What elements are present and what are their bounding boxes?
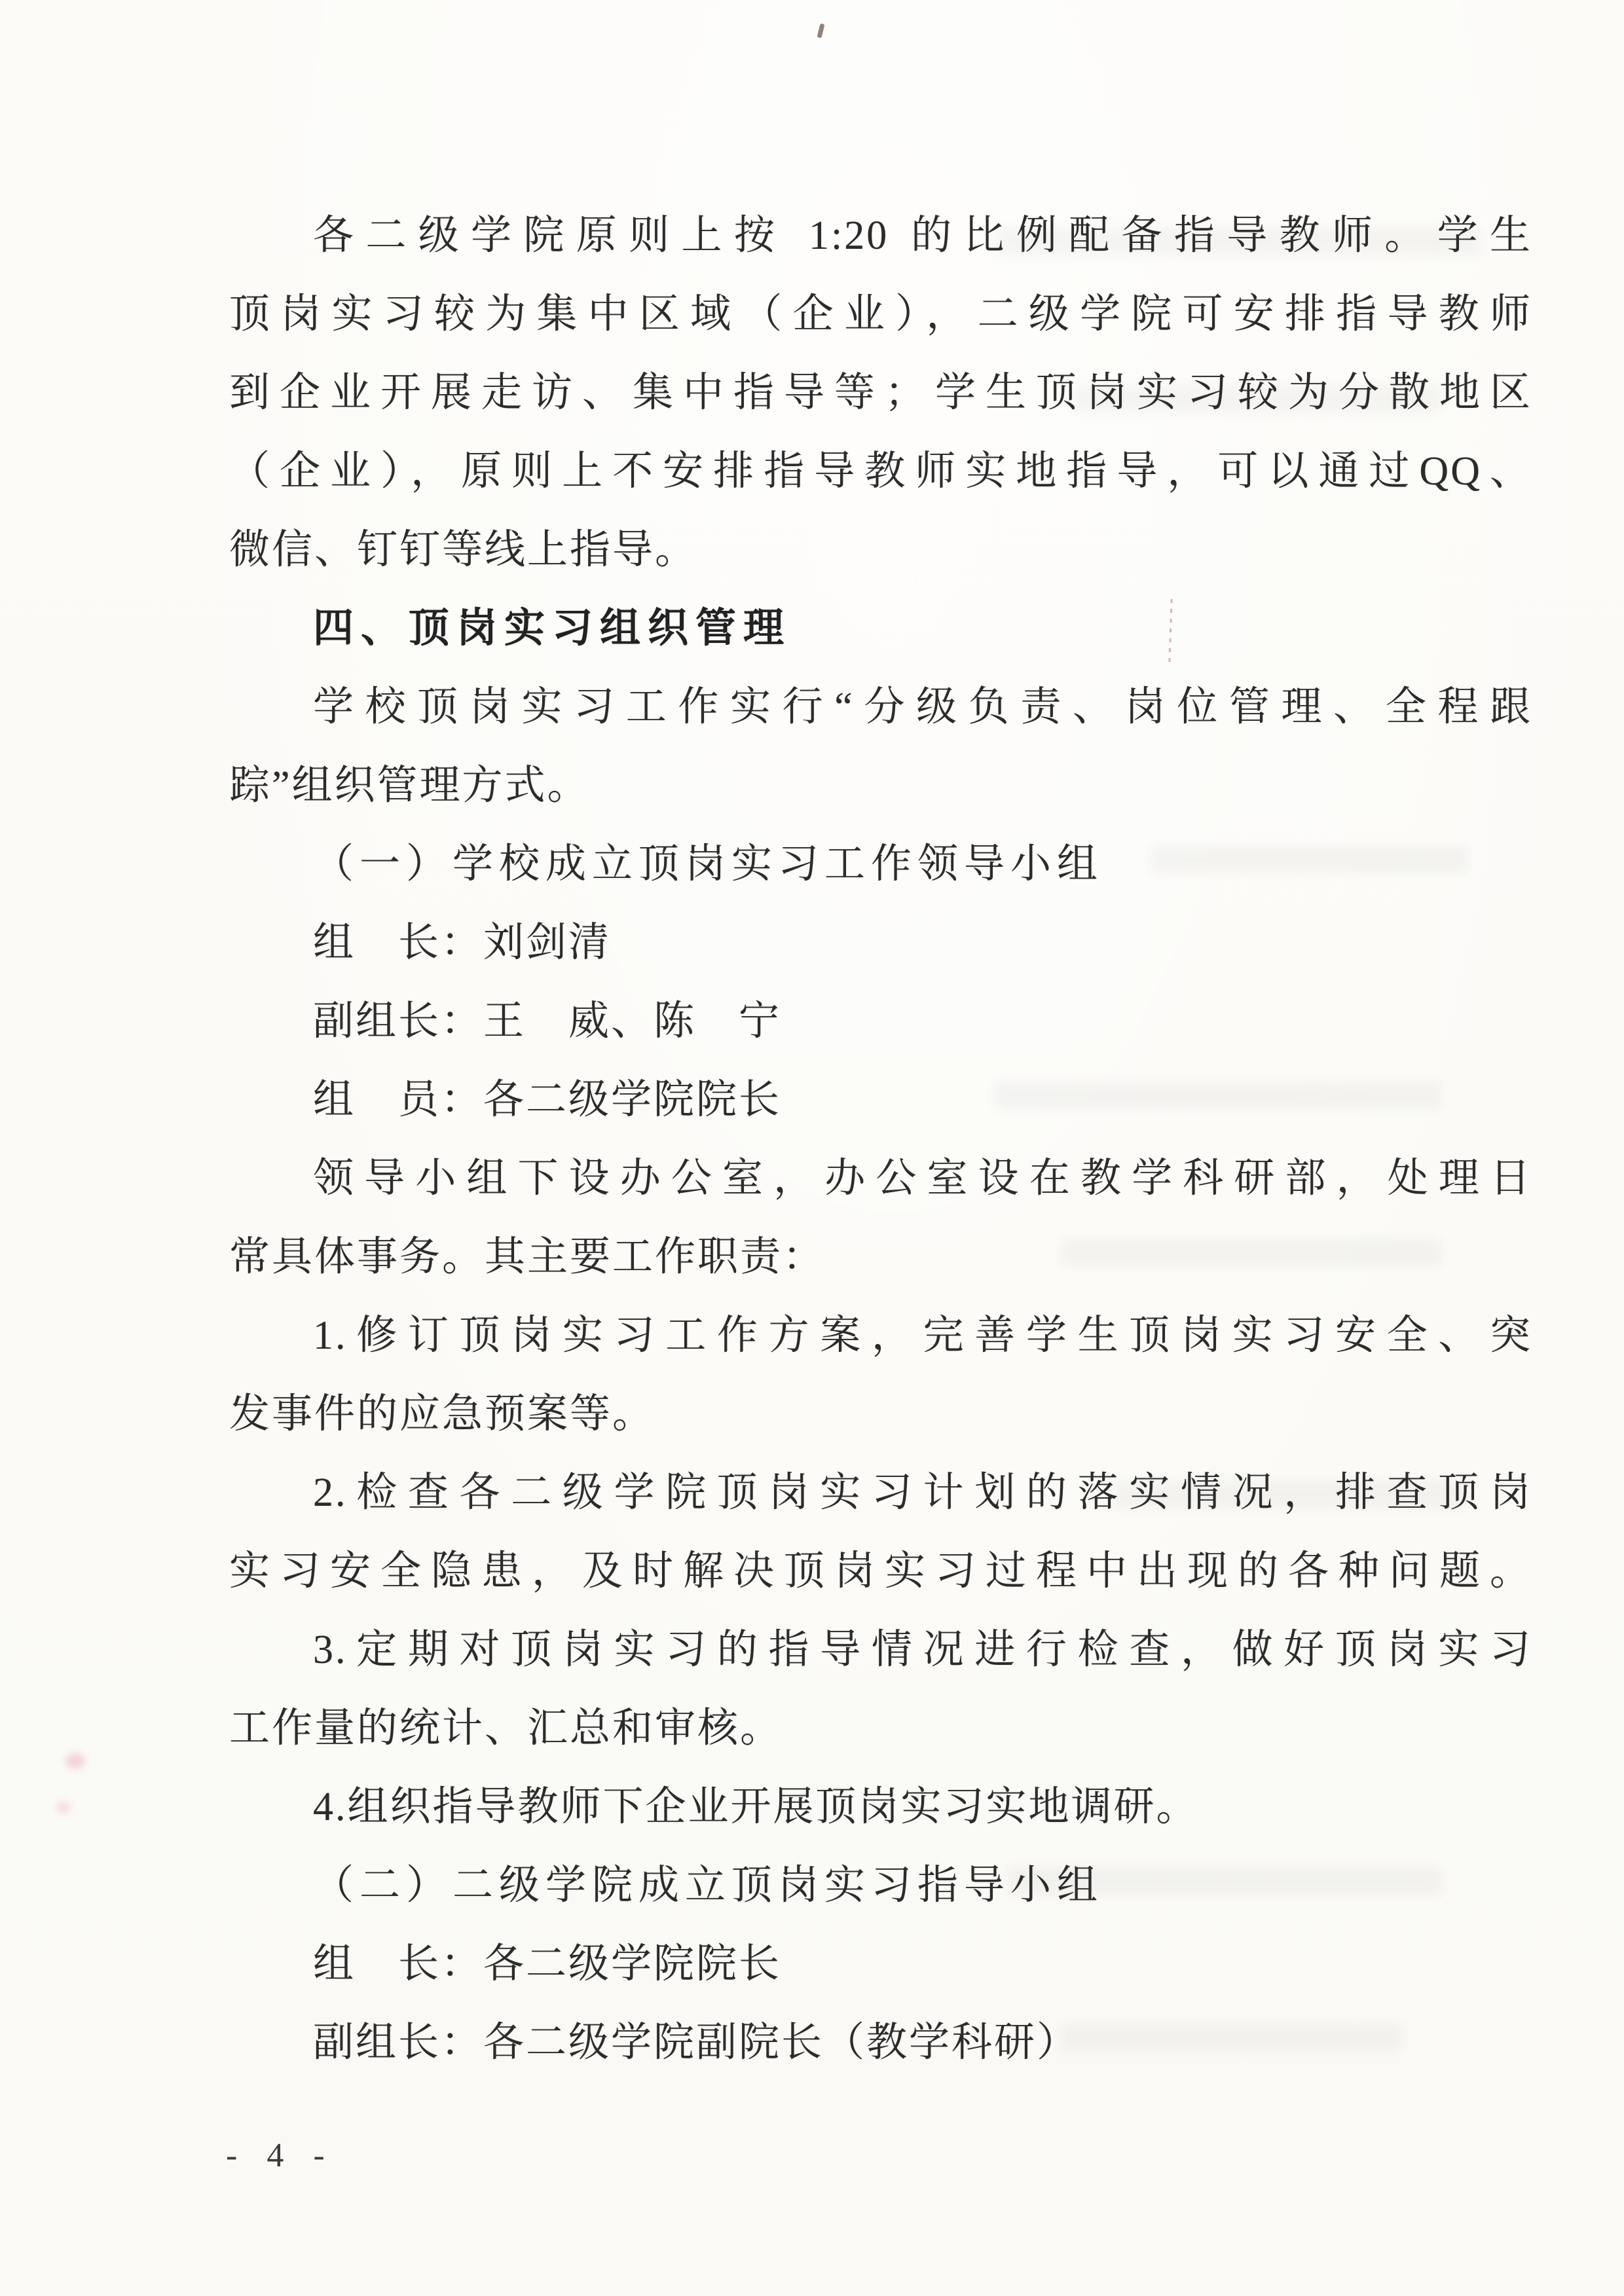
text-line: 到企业开展走访、集中指导等；学生顶岗实习较为分散地区 [229,354,1532,432]
text-line: 组 长：刘剑清 [229,903,1532,982]
text-line: 实习安全隐患，及时解决顶岗实习过程中出现的各种问题。 [229,1532,1532,1611]
text-line: 组 员：各二级学院院长 [229,1061,1532,1139]
text-line: 2.检查各二级学院顶岗实习计划的落实情况，排查顶岗 [229,1453,1532,1532]
text-line: 顶岗实习较为集中区域（企业），二级学院可安排指导教师 [229,275,1532,354]
page-number: - 4 - [226,2120,335,2192]
subsection-heading: （二）二级学院成立顶岗实习指导小组 [229,1846,1532,1925]
scan-slash-artifact [817,23,824,38]
scan-pink-smudge [65,1753,85,1769]
text-line: 工作量的统计、汇总和审核。 [229,1689,1532,1768]
text-line: 发事件的应急预案等。 [229,1375,1532,1453]
scan-pink-smudge [56,1802,71,1813]
section-heading: 四、顶岗实习组织管理 [229,589,1532,668]
text-line: 副组长：各二级学院副院长（教学科研） [229,2003,1532,2082]
text-line: 3.定期对顶岗实习的指导情况进行检查，做好顶岗实习 [229,1611,1532,1689]
text-line: 1.修订顶岗实习工作方案，完善学生顶岗实习安全、突 [229,1296,1532,1375]
text-line: 4.组织指导教师下企业开展顶岗实习实地调研。 [229,1768,1532,1846]
text-line: 学校顶岗实习工作实行“分级负责、岗位管理、全程跟 [229,668,1532,746]
scanned-document-page: 各二级学院原则上按 1:20 的比例配备指导教师。学生 顶岗实习较为集中区域（企… [0,0,1624,2296]
subsection-heading: （一）学校成立顶岗实习工作领导小组 [229,825,1532,903]
text-line: 各二级学院原则上按 1:20 的比例配备指导教师。学生 [229,196,1532,275]
text-line: 微信、钉钉等线上指导。 [229,511,1532,589]
document-body: 各二级学院原则上按 1:20 的比例配备指导教师。学生 顶岗实习较为集中区域（企… [229,196,1532,2082]
text-line: 踪”组织管理方式。 [229,746,1532,825]
text-line: 领导小组下设办公室，办公室设在教学科研部，处理日 [229,1139,1532,1218]
text-line: 副组长：王 威、陈 宁 [229,982,1532,1061]
text-line: 常具体事务。其主要工作职责： [229,1218,1532,1296]
text-line: （企业），原则上不安排指导教师实地指导，可以通过QQ、 [229,432,1532,511]
text-line: 组 长：各二级学院院长 [229,1925,1532,2003]
